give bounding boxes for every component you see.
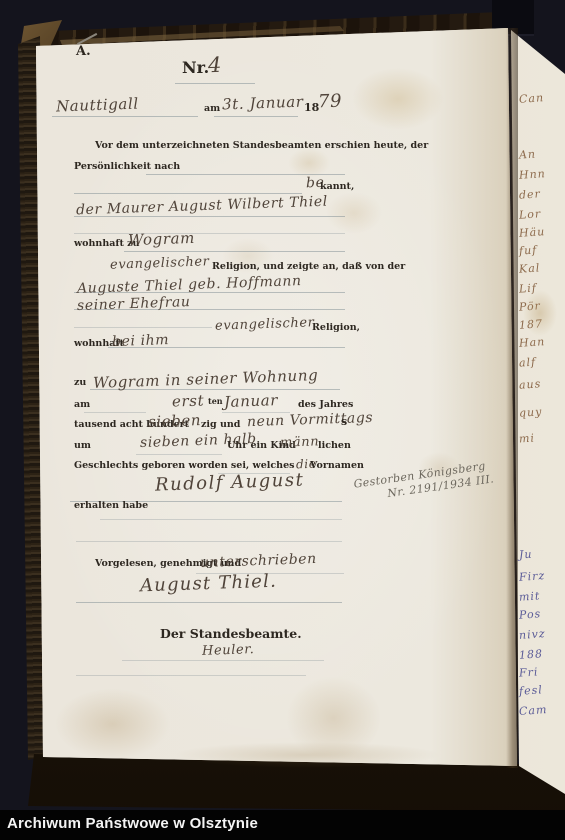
residence-handwritten: Wogram — [128, 229, 196, 249]
ruled-line — [100, 519, 342, 520]
page-stain — [326, 192, 382, 234]
birth-day-handwritten: erst — [172, 391, 205, 410]
ruled-line — [84, 412, 146, 413]
registrar-signature-handwritten: Heuler. — [202, 642, 255, 659]
ruled-line — [74, 233, 345, 234]
edge-text-fragment: Ju — [519, 548, 533, 562]
ruled-line — [76, 602, 342, 603]
year-words-suffix-printed: s — [341, 415, 347, 428]
ruled-line — [122, 660, 324, 661]
registry-place-handwritten: Nauttigall — [56, 95, 139, 116]
ruled-line — [76, 675, 306, 676]
ruled-line — [74, 327, 212, 328]
page-stain — [175, 742, 440, 768]
archive-watermark-label: Archiwum Państwowe w Olsztynie — [7, 815, 258, 832]
zu-label: zu — [74, 377, 86, 388]
edge-text-fragment: Cam — [519, 703, 548, 718]
page-stain — [523, 290, 557, 336]
birth-month-handwritten: Januar — [224, 391, 279, 411]
edge-text-fragment: nivz — [519, 627, 546, 642]
page-gutter-crease — [506, 28, 518, 768]
gender-handwritten: männ — [280, 434, 320, 450]
page-stain — [352, 68, 444, 130]
ruled-line — [136, 454, 222, 455]
ten-suffix-printed: ten — [208, 396, 223, 406]
um-label: um — [74, 440, 91, 451]
edge-text-fragment: Fri — [519, 665, 539, 679]
am2-label: am — [74, 399, 90, 410]
wohnhaft-value-handwritten: bei ihm — [112, 332, 170, 350]
kannt-printed: kannt, — [320, 181, 354, 192]
edge-text-fragment: 188 — [519, 647, 544, 662]
ruled-line — [214, 116, 298, 117]
record-number-value: 4 — [208, 53, 223, 77]
religion1-printed: Religion, und zeigte an, daß von der — [212, 261, 405, 272]
persoenlichkeit-label: Persönlichkeit nach — [74, 161, 180, 172]
intro-printed-line: Vor dem unterzeichneten Standesbeamten e… — [95, 140, 428, 151]
record-date-handwritten: 3t. Januar — [222, 93, 304, 114]
ruled-line — [52, 116, 198, 117]
lichen-printed: lichen — [318, 440, 351, 451]
religion2-printed: Religion, — [312, 322, 360, 333]
edge-text-fragment: fesl — [519, 683, 544, 698]
year-words-printed2: zig und — [201, 419, 240, 430]
year-handwritten: 79 — [318, 91, 343, 113]
page-stain — [55, 688, 170, 760]
edge-text-fragment: Pos — [519, 607, 542, 622]
edge-text-fragment: Firz — [519, 569, 546, 584]
edge-text-fragment: mit — [519, 589, 541, 603]
year-printed-prefix: 18 — [304, 101, 319, 114]
des-jahres-printed: des Jahres — [298, 399, 353, 410]
am-label: am — [204, 103, 220, 114]
ruled-line — [74, 193, 302, 194]
ruled-line — [76, 541, 342, 542]
ruled-line — [175, 83, 255, 84]
record-number-label: Nr. — [182, 58, 209, 77]
corner-letter-mark: A. — [76, 44, 91, 59]
erhalten-habe-printed: erhalten habe — [74, 500, 148, 511]
year-words-handwritten1: sieben — [148, 411, 202, 431]
geschlecht-printed-line: Geschlechts geboren worden sei, welches — [74, 460, 294, 471]
vornamen-printed: Vornamen — [310, 460, 364, 471]
ruled-line — [124, 251, 345, 252]
archival-scan: CanAnHnnderLorHäufufKalLifPör187Hanalfau… — [0, 0, 565, 840]
archive-watermark-bar: Archiwum Państwowe w Olsztynie — [0, 810, 565, 840]
registrar-title-printed: Der Standesbeamte. — [160, 626, 302, 641]
